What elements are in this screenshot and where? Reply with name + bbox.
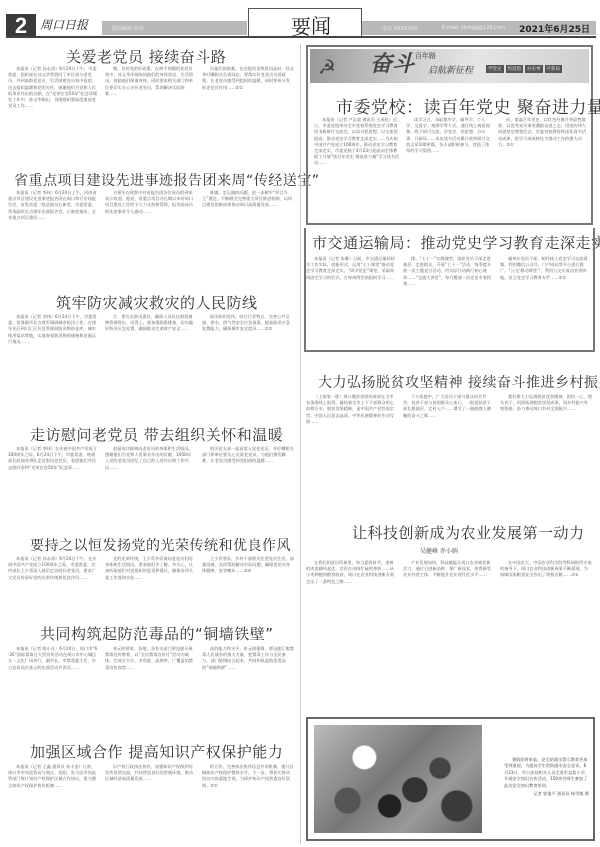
article-b3-col3: 我们要大力弘扬脱贫攻坚精神，团结一心、埋头苦干，巩固拓展脱贫攻坚成果，同乡村振兴… bbox=[500, 394, 592, 504]
photo-caption: 暑假即将来临，安全防溺水警示教育更加受到重视。为提高学生的防溺水安全意识，6月2… bbox=[504, 757, 589, 797]
article-b2-col2: 律。“七十一”实践课堂，组织党员干部走进基层、走进群众，开展“七十一”活动，每季… bbox=[403, 256, 493, 346]
article-a2-col3: 谁做、怎么做的问题，进一步树牢“项目为王”理念，不断健全完善重大项目推进机制，以… bbox=[202, 190, 294, 280]
article-a4-col1: 本报讯（记者 李伟）在庆祝中国共产党成立100周年之际，6月24日下午，市委常委… bbox=[8, 446, 98, 524]
article-a7-col3: 的合作，完善执法协作信息共享机制，提升区域知识产权保护整体水平。下一步，将切实推… bbox=[202, 764, 294, 844]
article-a3-col3: 防汛知识宣传，结合行业特点，完善公共交通、供水、供气等安全应急预案，提高防汛应急… bbox=[202, 314, 294, 406]
info-bar: 电话 XXXXXXX E-mail: zkrbgg@126.com 2021年6… bbox=[362, 21, 596, 35]
b2-box-right bbox=[593, 228, 595, 352]
banner-line2: 启航新征程 bbox=[428, 63, 473, 76]
news-photo[interactable] bbox=[314, 725, 482, 833]
headline-b3[interactable]: 大力弘扬脱贫攻坚精神 接续奋斗推进乡村振兴 bbox=[318, 372, 600, 392]
article-b1-col3: 向，重温百年党史，以红色经典升华思想境界，以优秀党员事迹激励奋进之志，用党的伟大… bbox=[498, 117, 586, 221]
headline-a1[interactable]: 关爱老党员 接续奋斗路 bbox=[66, 46, 226, 67]
headline-b1[interactable]: 市委党校：读百年党史 聚奋进力量 bbox=[336, 93, 600, 118]
feature-box: ☭ 奋斗 百年路 启航新征程 学党史 悟思想 办实事 开新局 市委党校：读百年党… bbox=[306, 45, 593, 225]
photo-box: 暑假即将来临，安全防溺水警示教育更加受到重视。为提高学生的防溺水安全意识，6月2… bbox=[306, 717, 595, 841]
article-a1-col3: 问他们的困难，在送慰问金和慰问品时，孙文华叮嘱相关负责同志，要落实好老党员关爱政… bbox=[202, 66, 294, 146]
headline-a2[interactable]: 省重点项目建设先进事迹报告团来周“传经送宝” bbox=[14, 170, 320, 190]
headline-a4[interactable]: 走访慰问老党员 带去组织关怀和温暖 bbox=[30, 424, 283, 445]
party-emblem-icon: ☭ bbox=[318, 55, 336, 79]
b2-box-bottom bbox=[304, 350, 595, 352]
page-number: 2 bbox=[6, 14, 36, 38]
article-b4-col3: 在中国农大、中国农业科学院等科研院所专家的指导下，周口农业科技创新成果不断涌现，… bbox=[500, 560, 592, 710]
article-b4-col2: 产业发展加持，科技赋能让周口农业焕发新活力。通过引进新品种、推广新技术，培育新型… bbox=[403, 560, 493, 710]
issue-date: 2021年6月25日 bbox=[519, 22, 590, 35]
headline-a5[interactable]: 要持之以恒发扬党的光荣传统和优良作风 bbox=[30, 535, 291, 555]
banner-tags: 学党史 悟思想 办实事 开新局 bbox=[486, 65, 562, 73]
article-b3-col1: （上接第一版）周口脱贫攻坚的成果在全市各条战线上取得，凝结着全市上下干部群众的心… bbox=[306, 394, 396, 504]
article-a5-col3: 王少青要求，乡村干部要关注老党员生活，加强沟通，及时帮助解决实际问题，确保老党员… bbox=[202, 556, 294, 616]
feature-banner: ☭ 奋斗 百年路 启航新征程 学党史 悟思想 办实事 开新局 bbox=[310, 49, 589, 83]
article-a4-col3: 机关党支部一起看望入党老党员，并叮嘱相关部门和单位要关心关爱老党员，为他们排忧解… bbox=[202, 446, 294, 524]
article-a7-col1: 本报讯（记者 王鑫 通讯员 孙丰金）日前，周口市市场监管局与商丘、信阳、驻马店市… bbox=[8, 764, 98, 844]
article-a6-col1: 本报讯（记者 陈小凡）6月24日，周口市“6·26”国际禁毒日大型宣传活动在周口… bbox=[8, 646, 98, 730]
article-b3-col2: 于万家庭中，广大党员干部与群众同甘共苦，扶贫干部与贫困群众心连心，一批批扶贫干部… bbox=[403, 394, 493, 504]
photo-caption-text: 暑假即将来临，安全防溺水警示教育更加受到重视。为提高学生的防溺水安全意识，6月2… bbox=[504, 757, 589, 789]
headline-b4[interactable]: 让科技创新成为农业发展第一动力 bbox=[352, 522, 585, 543]
article-a6-col2: 张元明要求，各地、各有关部门要迅速开展禁毒宣传教育，以“全民禁毒宣传月”活动为载… bbox=[105, 646, 195, 730]
paper-name: 周口日报 bbox=[40, 16, 88, 33]
editor-info: 版面编辑 校对 bbox=[112, 25, 144, 32]
article-a2-col2: 吉建军在致辞中对省报告团各位成员的到来表示欢迎。他说，省重点项目办长期以来对周口… bbox=[105, 190, 195, 280]
banner-tag: 学党史 bbox=[486, 65, 504, 73]
headline-a3[interactable]: 筑牢防灾减灾救灾的人民防线 bbox=[56, 292, 258, 313]
hotline: 电话 XXXXXXX bbox=[382, 25, 418, 32]
article-a3-col2: 片，要压实防汛责任，确保人员队伍和装备物资调得出、用得上。要加强隐患排查，切实做… bbox=[105, 314, 195, 406]
article-b4-col1: 在我们的意识印象里，每当夏收时节，金黄的麦浪随风起伏，农民在田间忙碌的身影……从… bbox=[306, 560, 396, 710]
banner-tag: 办实事 bbox=[525, 65, 543, 73]
article-b2-col3: 属单位党员干部，制作线上党史学习交流视频，利用微信公众号、门户网站等平台进行推广… bbox=[500, 256, 592, 346]
email: E-mail: zkrbgg@126.com bbox=[442, 25, 505, 31]
masthead-rule bbox=[6, 36, 596, 38]
banner-tag: 悟思想 bbox=[506, 65, 524, 73]
banner-line1: 百年路 bbox=[415, 51, 436, 61]
article-a4-col2: 赵丽英详细询问老党员的身体和生活情况，感谢他们为党和人民事业作出的贡献。1950… bbox=[105, 446, 195, 524]
article-a2-col1: 本报讯（记者 李伟）6月24日上午，河南省重点项目建设先进事迹报告团在周口举行专… bbox=[8, 190, 98, 280]
article-b1-col1: 本报讯（记者 卢志梁 通讯员 王成松）近日，市委党校举办全市党校系统党史学习教育… bbox=[314, 117, 400, 221]
b2-box-left bbox=[304, 228, 306, 352]
byline-b4: 吴健峰 乔小纳 bbox=[420, 546, 458, 555]
banner-tag: 开新局 bbox=[545, 65, 563, 73]
section-title-char-2: 闻 bbox=[311, 10, 331, 39]
column-divider bbox=[300, 44, 301, 844]
photo-credit: 记者 郭俊平 通讯员 杨雪敏 摄 bbox=[504, 791, 589, 797]
article-a1-col1: 本报讯（记者 孙永涛）6月24日下午，市委常委、组织部长孙文华等慰问了市区部分老… bbox=[8, 66, 98, 146]
article-a7-col2: 识产权行政执法协作，加强知识产权保护的宣传培训交流，共同营造良好的营商环境，推动… bbox=[105, 764, 195, 844]
section-title-box: 要 bbox=[248, 8, 362, 38]
masthead: 2 周口日报 版面编辑 校对 要 电话 XXXXXXX E-mail: zkrb… bbox=[6, 6, 596, 40]
article-a5-col2: 党的光荣传统，王少青亲切询问老党员们的身体和生活情况，要求他们多了解、多关心，认… bbox=[105, 556, 195, 616]
article-a1-col2: 期，宣传党的好政策。在病手病榻的老党员家中，孙文华详细询问他们的身体状况、生活情… bbox=[105, 66, 195, 146]
article-a3-col1: 本报讯（记者 李伟）6月24日下午，市委常委、常务副市长吉建军调研城市防汛工作。… bbox=[8, 314, 98, 406]
headline-a7[interactable]: 加强区域合作 提高知识产权保护能力 bbox=[30, 741, 283, 762]
article-b2-col1: 本报讯（记者 朱琳）日前，市交通运输局结合工作实际，创新形式，运用“七十课堂”推… bbox=[306, 256, 396, 346]
banner-brush-word: 奋斗 bbox=[370, 47, 414, 78]
headline-a6[interactable]: 共同构筑起防范毒品的“铜墙铁壁” bbox=[40, 623, 274, 644]
editor-bar: 版面编辑 校对 bbox=[102, 21, 247, 35]
headline-b2[interactable]: 市交通运输局：推动党史学习教育走深走实 bbox=[312, 232, 600, 253]
article-b1-col2: 读学习日，采取集中学、辅导学、个人学、交流学、观摩学等方式，通过线上观看视频、线… bbox=[406, 117, 492, 221]
article-a5-col1: 本报讯（记者 孙永涛）6月24日下午，在庆祝中国共产党成立100周年之际，市委常… bbox=[8, 556, 98, 616]
article-a6-col3: 品的能力和水平。张元明强调，要迅速汇集禁毒人民战争的强大力量，把禁毒工作与全民参… bbox=[202, 646, 294, 730]
